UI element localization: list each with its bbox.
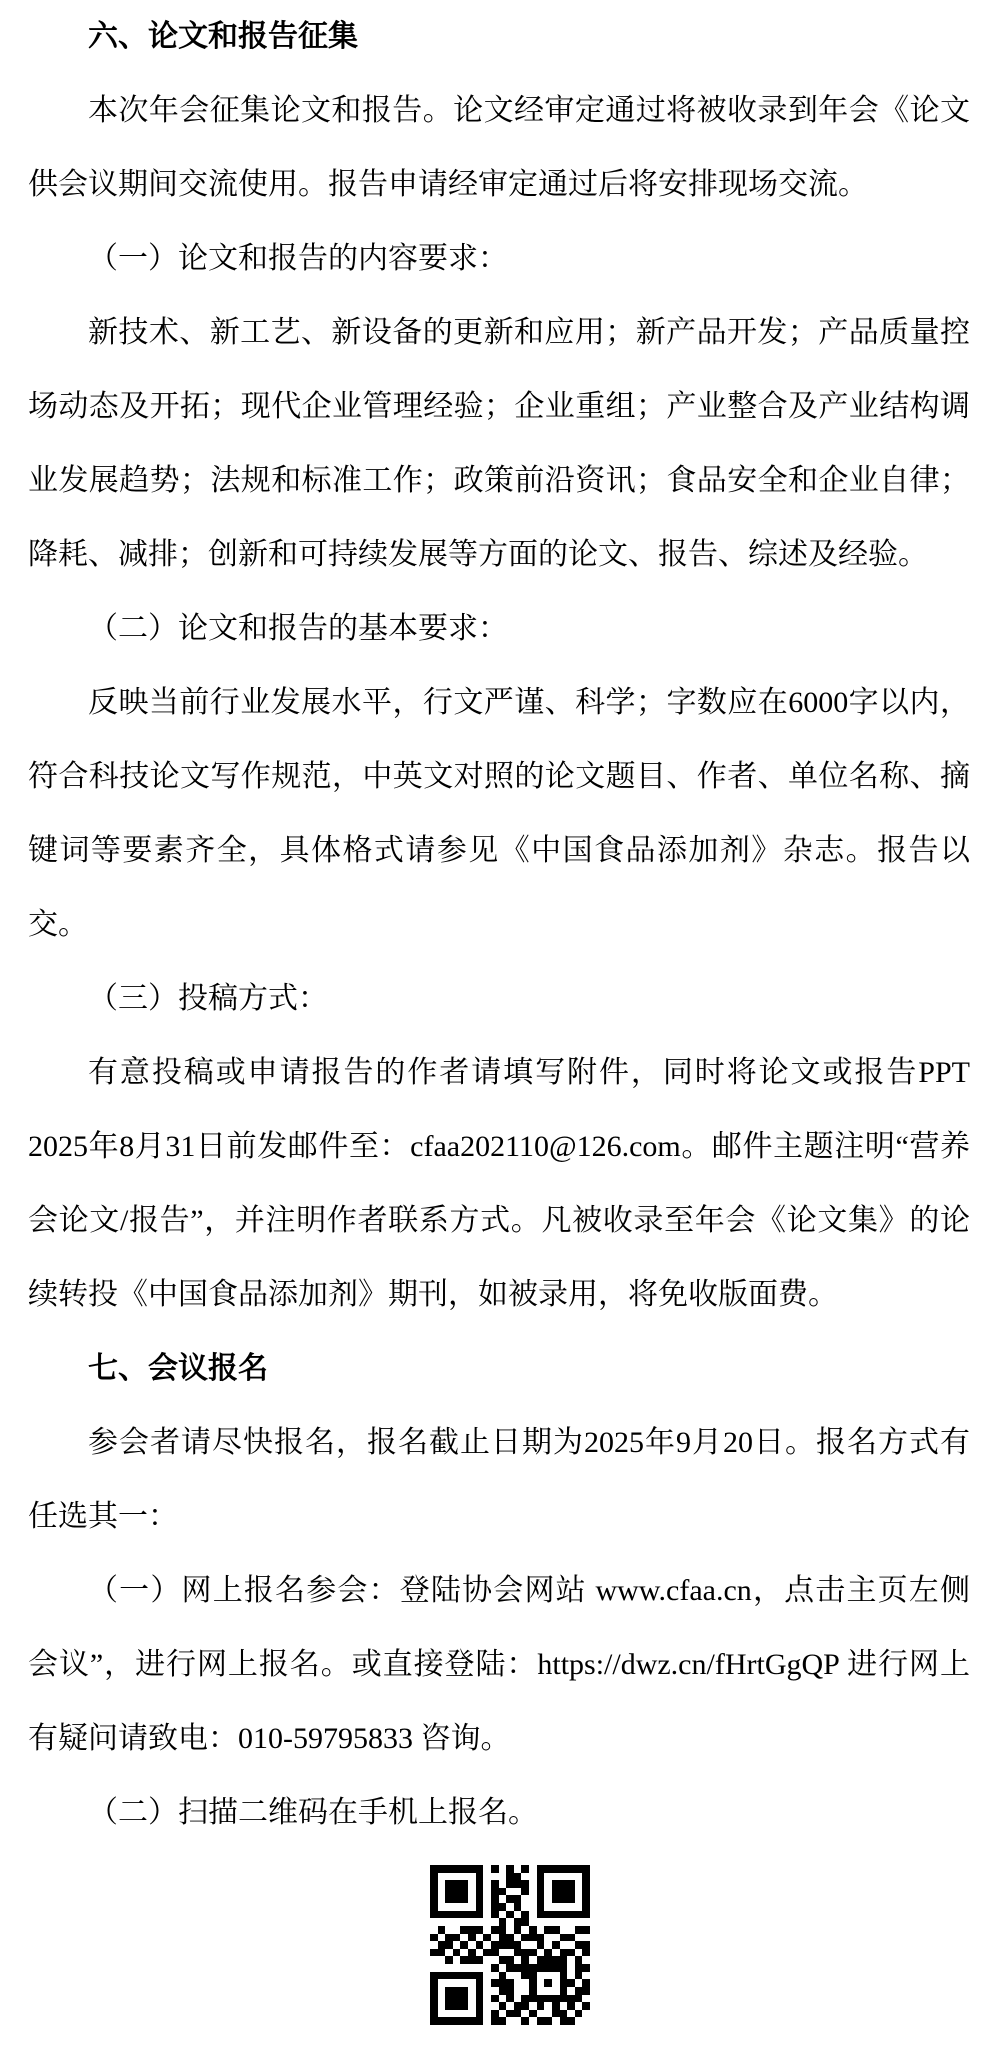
qr-module: [529, 1995, 537, 2003]
qr-module: [506, 1995, 514, 2003]
qr-module: [552, 1987, 560, 1995]
qr-module: [506, 1941, 514, 1949]
qr-module: [468, 1918, 476, 1926]
qr-module: [514, 1873, 522, 1881]
qr-module: [567, 1888, 575, 1896]
qr-module: [438, 1918, 446, 1926]
qr-module: [453, 1903, 461, 1911]
qr-module: [506, 1895, 514, 1903]
qr-module: [476, 1926, 484, 1934]
qr-module: [438, 2002, 446, 2010]
qr-module: [582, 1918, 590, 1926]
qr-module: [453, 1972, 461, 1980]
qr-module: [453, 1888, 461, 1896]
qr-module: [582, 1934, 590, 1942]
qr-module: [453, 1979, 461, 1987]
qr-module: [483, 1995, 491, 2003]
qr-module: [514, 1956, 522, 1964]
qr-module: [476, 1972, 484, 1980]
qr-module: [560, 1888, 568, 1896]
qr-module: [537, 2017, 545, 2025]
qr-module: [521, 1865, 529, 1873]
qr-module: [476, 1895, 484, 1903]
qr-module: [537, 1987, 545, 1995]
qr-module: [575, 1895, 583, 1903]
qr-module: [537, 1888, 545, 1896]
qr-module: [438, 1888, 446, 1896]
qr-module: [499, 2002, 507, 2010]
qr-module: [560, 1987, 568, 1995]
qr-module: [521, 1972, 529, 1980]
qr-module: [438, 1964, 446, 1972]
qr-module: [506, 1880, 514, 1888]
qr-module: [476, 1987, 484, 1995]
qr-module: [506, 1979, 514, 1987]
qr-module: [575, 1987, 583, 1995]
qr-module: [567, 1865, 575, 1873]
qr-module: [453, 1895, 461, 1903]
qr-module: [560, 2017, 568, 2025]
qr-module: [460, 1987, 468, 1995]
qr-module: [445, 1934, 453, 1942]
qr-module: [529, 2017, 537, 2025]
qr-module: [521, 1873, 529, 1881]
paragraph-line: 会议”，进行网上报名。或直接登陆：https://dwz.cn/fHrtGgQP…: [28, 1628, 970, 1702]
qr-module: [567, 1949, 575, 1957]
qr-module: [491, 1941, 499, 1949]
qr-module: [544, 1895, 552, 1903]
qr-module: [453, 1873, 461, 1881]
qr-module: [453, 1995, 461, 2003]
qr-module: [468, 1949, 476, 1957]
qr-module: [491, 1972, 499, 1980]
qr-module: [499, 1918, 507, 1926]
qr-module: [529, 1941, 537, 1949]
qr-module: [499, 1972, 507, 1980]
qr-module: [575, 1941, 583, 1949]
qr-module: [460, 1972, 468, 1980]
qr-module: [453, 2017, 461, 2025]
qr-module: [582, 1995, 590, 2003]
qr-module: [582, 1979, 590, 1987]
qr-module: [453, 2010, 461, 2018]
qr-module: [521, 1987, 529, 1995]
qr-module: [483, 1880, 491, 1888]
qr-module: [521, 2017, 529, 2025]
qr-module: [552, 1941, 560, 1949]
qr-module: [430, 1880, 438, 1888]
qr-module: [582, 2010, 590, 2018]
qr-module: [476, 1911, 484, 1919]
qr-module: [499, 1926, 507, 1934]
qr-module: [438, 1865, 446, 1873]
qr-module: [468, 1903, 476, 1911]
qr-module: [483, 1903, 491, 1911]
qr-module: [552, 1995, 560, 2003]
qr-module: [438, 1911, 446, 1919]
qr-module: [453, 2002, 461, 2010]
qr-module: [582, 1911, 590, 1919]
qr-module: [537, 1865, 545, 1873]
qr-module: [537, 1926, 545, 1934]
qr-module: [468, 1873, 476, 1881]
qr-module: [499, 1888, 507, 1896]
qr-module: [460, 2017, 468, 2025]
qr-module: [560, 1979, 568, 1987]
qr-module: [560, 2002, 568, 2010]
paragraph-line: （一）网上报名参会：登陆协会网站 www.cfaa.cn，点击主页左侧的“行业: [28, 1554, 970, 1628]
qr-module: [460, 2010, 468, 2018]
qr-module: [567, 1979, 575, 1987]
qr-module: [544, 1911, 552, 1919]
qr-module: [468, 2017, 476, 2025]
qr-module: [544, 2010, 552, 2018]
qr-module: [514, 1987, 522, 1995]
qr-module: [476, 1873, 484, 1881]
qr-module: [544, 1880, 552, 1888]
qr-module: [453, 1956, 461, 1964]
qr-module: [499, 1941, 507, 1949]
qr-module: [529, 1880, 537, 1888]
qr-module: [567, 1987, 575, 1995]
qr-module: [468, 1964, 476, 1972]
qr-module: [521, 2002, 529, 2010]
qr-module: [453, 1911, 461, 1919]
qr-module: [544, 1972, 552, 1980]
qr-module: [506, 1865, 514, 1873]
paragraph-line: 任选其一：: [28, 1480, 970, 1554]
paragraph-line: （三）投稿方式：: [28, 962, 970, 1036]
qr-module: [560, 1995, 568, 2003]
qr-module: [506, 1911, 514, 1919]
qr-module: [506, 2010, 514, 2018]
qr-module: [453, 1941, 461, 1949]
qr-module: [430, 1987, 438, 1995]
qr-module: [537, 1873, 545, 1881]
qr-module: [537, 1956, 545, 1964]
qr-module: [537, 1949, 545, 1957]
qr-module: [552, 1972, 560, 1980]
qr-module: [514, 1903, 522, 1911]
qr-module: [552, 1903, 560, 1911]
qr-module: [544, 1918, 552, 1926]
qr-module: [438, 1880, 446, 1888]
qr-module: [521, 2010, 529, 2018]
qr-module: [514, 1979, 522, 1987]
qr-module: [552, 1956, 560, 1964]
qr-module: [567, 1926, 575, 1934]
qr-module: [552, 1964, 560, 1972]
qr-module: [552, 1979, 560, 1987]
qr-module: [445, 2010, 453, 2018]
qr-module: [529, 1903, 537, 1911]
qr-module: [430, 1873, 438, 1881]
qr-module: [537, 1941, 545, 1949]
qr-module: [460, 1995, 468, 2003]
qr-module: [529, 1956, 537, 1964]
qr-module: [506, 2017, 514, 2025]
qr-module: [582, 1949, 590, 1957]
paragraph-line: 符合科技论文写作规范，中英文对照的论文题目、作者、单位名称、摘要和关: [28, 740, 970, 814]
qr-module: [445, 1918, 453, 1926]
qr-module: [476, 1956, 484, 1964]
qr-module: [552, 1911, 560, 1919]
qr-module: [468, 1911, 476, 1919]
qr-module: [460, 1888, 468, 1896]
qr-module: [438, 1956, 446, 1964]
qr-module: [430, 1949, 438, 1957]
qr-module: [567, 1934, 575, 1942]
qr-module: [445, 1895, 453, 1903]
qr-module: [544, 1964, 552, 1972]
qr-module: [430, 1911, 438, 1919]
qr-module: [567, 1995, 575, 2003]
qr-module: [567, 1873, 575, 1881]
qr-module: [521, 1918, 529, 1926]
qr-module: [514, 1865, 522, 1873]
qr-module: [468, 1987, 476, 1995]
qr-module: [499, 1979, 507, 1987]
qr-module: [544, 1995, 552, 2003]
qr-module: [521, 1895, 529, 1903]
qr-module: [506, 1987, 514, 1995]
qr-module: [483, 1972, 491, 1980]
qr-module: [544, 1888, 552, 1896]
qr-module: [491, 1987, 499, 1995]
qr-module: [521, 1956, 529, 1964]
qr-module: [506, 1956, 514, 1964]
qr-module: [438, 1972, 446, 1980]
paragraph-line: 有疑问请致电：010-59795833 咨询。: [28, 1702, 970, 1776]
qr-module: [445, 1964, 453, 1972]
qr-module: [575, 1873, 583, 1881]
qr-module: [537, 1964, 545, 1972]
qr-module: [567, 1956, 575, 1964]
qr-module: [560, 1880, 568, 1888]
qr-module: [491, 1918, 499, 1926]
qr-module: [567, 1972, 575, 1980]
qr-module: [438, 1949, 446, 1957]
qr-module: [575, 2010, 583, 2018]
qr-module: [544, 1987, 552, 1995]
qr-module: [430, 1934, 438, 1942]
qr-module: [537, 1880, 545, 1888]
qr-module: [552, 1926, 560, 1934]
qr-module: [537, 1934, 545, 1942]
qr-module: [582, 1926, 590, 1934]
qr-module: [476, 1888, 484, 1896]
qr-module: [430, 2017, 438, 2025]
qr-module: [476, 2017, 484, 2025]
qr-module: [476, 1918, 484, 1926]
qr-module: [483, 2002, 491, 2010]
qr-module: [460, 2002, 468, 2010]
qr-module: [483, 1949, 491, 1957]
qr-module: [483, 1926, 491, 1934]
qr-module: [476, 1934, 484, 1942]
qr-module: [476, 1964, 484, 1972]
qr-module: [514, 1995, 522, 2003]
paragraph-line: （二）扫描二维码在手机上报名。: [28, 1776, 970, 1850]
qr-module: [499, 1956, 507, 1964]
qr-module: [506, 1873, 514, 1881]
qr-module: [560, 1941, 568, 1949]
registration-qr-code: [430, 1865, 590, 2025]
qr-module: [582, 1880, 590, 1888]
qr-module: [506, 1964, 514, 1972]
qr-module: [499, 1964, 507, 1972]
qr-module: [491, 1949, 499, 1957]
qr-module: [582, 1895, 590, 1903]
qr-module: [544, 2002, 552, 2010]
qr-module: [483, 1964, 491, 1972]
qr-module: [567, 1964, 575, 1972]
paragraph-line: 新技术、新工艺、新设备的更新和应用；新产品开发；产品质量控制；市: [28, 296, 970, 370]
qr-code-container: [430, 1865, 590, 2025]
qr-module: [521, 1903, 529, 1911]
qr-module: [560, 1918, 568, 1926]
paragraph-line: 本次年会征集论文和报告。论文经审定通过将被收录到年会《论文集》，: [28, 74, 970, 148]
qr-module: [460, 1949, 468, 1957]
qr-module: [582, 1956, 590, 1964]
qr-module: [544, 1934, 552, 1942]
qr-module: [529, 2002, 537, 2010]
qr-module: [521, 1979, 529, 1987]
qr-module: [514, 1972, 522, 1980]
qr-module: [445, 1995, 453, 2003]
qr-module: [575, 1926, 583, 1934]
qr-module: [567, 1880, 575, 1888]
qr-module: [567, 1918, 575, 1926]
qr-module: [521, 1880, 529, 1888]
qr-module: [499, 1880, 507, 1888]
qr-module: [476, 1880, 484, 1888]
paragraph-line: （一）论文和报告的内容要求：: [28, 222, 970, 296]
qr-module: [560, 1911, 568, 1919]
qr-module: [529, 1949, 537, 1957]
qr-module: [552, 1895, 560, 1903]
qr-module: [438, 1873, 446, 1881]
qr-module: [582, 1941, 590, 1949]
qr-module: [491, 1873, 499, 1881]
qr-module: [560, 1956, 568, 1964]
qr-module: [544, 1941, 552, 1949]
qr-module: [567, 1941, 575, 1949]
qr-module: [483, 1865, 491, 1873]
qr-module: [476, 1949, 484, 1957]
qr-module: [468, 1941, 476, 1949]
qr-module: [483, 1873, 491, 1881]
qr-module: [438, 1895, 446, 1903]
qr-module: [491, 1934, 499, 1942]
qr-module: [499, 1873, 507, 1881]
qr-module: [560, 1926, 568, 1934]
qr-module: [514, 1895, 522, 1903]
qr-module: [560, 1934, 568, 1942]
qr-module: [491, 2002, 499, 2010]
qr-module: [438, 1995, 446, 2003]
qr-module: [506, 1949, 514, 1957]
qr-module: [453, 1964, 461, 1972]
qr-module: [514, 2017, 522, 2025]
qr-module: [582, 1888, 590, 1896]
paragraph-line: 交。: [28, 888, 970, 962]
qr-module: [476, 1941, 484, 1949]
qr-module: [575, 1880, 583, 1888]
qr-module: [453, 1918, 461, 1926]
qr-module: [499, 1865, 507, 1873]
qr-module: [582, 1964, 590, 1972]
qr-module: [430, 1918, 438, 1926]
qr-module: [445, 2017, 453, 2025]
qr-module: [529, 1865, 537, 1873]
qr-module: [445, 1880, 453, 1888]
qr-module: [529, 1964, 537, 1972]
qr-module: [560, 1895, 568, 1903]
qr-module: [438, 1979, 446, 1987]
document-body: 六、论文和报告征集本次年会征集论文和报告。论文经审定通过将被收录到年会《论文集》…: [28, 0, 970, 1850]
qr-module: [460, 1979, 468, 1987]
qr-module: [575, 1972, 583, 1980]
qr-module: [537, 1972, 545, 1980]
qr-module: [575, 2017, 583, 2025]
qr-module: [460, 1934, 468, 1942]
qr-module: [499, 2017, 507, 2025]
qr-module: [438, 1926, 446, 1934]
qr-module: [567, 2017, 575, 2025]
qr-module: [552, 1888, 560, 1896]
qr-module: [430, 1972, 438, 1980]
qr-module: [476, 1865, 484, 1873]
qr-module: [575, 1949, 583, 1957]
paragraph-line: 有意投稿或申请报告的作者请填写附件，同时将论文或报告PPT（如有）于: [28, 1036, 970, 1110]
qr-module: [460, 1964, 468, 1972]
qr-module: [468, 1956, 476, 1964]
qr-module: [552, 1865, 560, 1873]
qr-module: [453, 1865, 461, 1873]
qr-module: [544, 1926, 552, 1934]
qr-module: [575, 1934, 583, 1942]
qr-module: [453, 1934, 461, 1942]
qr-module: [582, 1865, 590, 1873]
qr-module: [521, 1995, 529, 2003]
qr-module: [491, 1880, 499, 1888]
qr-module: [506, 1903, 514, 1911]
qr-module: [445, 2002, 453, 2010]
qr-module: [582, 1873, 590, 1881]
qr-module: [537, 1979, 545, 1987]
qr-module: [460, 1941, 468, 1949]
qr-module: [529, 2010, 537, 2018]
qr-module: [430, 1903, 438, 1911]
qr-module: [430, 1995, 438, 2003]
qr-module: [529, 1873, 537, 1881]
qr-module: [582, 1903, 590, 1911]
qr-module: [582, 1972, 590, 1980]
qr-module: [445, 1972, 453, 1980]
qr-module: [491, 2017, 499, 2025]
qr-module: [491, 1964, 499, 1972]
paragraph-line: 供会议期间交流使用。报告申请经审定通过后将安排现场交流。: [28, 148, 970, 222]
qr-module: [575, 1903, 583, 1911]
qr-module: [430, 1895, 438, 1903]
qr-module: [453, 1880, 461, 1888]
qr-module: [483, 1956, 491, 1964]
qr-module: [491, 1979, 499, 1987]
qr-module: [529, 1979, 537, 1987]
qr-module: [529, 1987, 537, 1995]
qr-module: [537, 1918, 545, 1926]
